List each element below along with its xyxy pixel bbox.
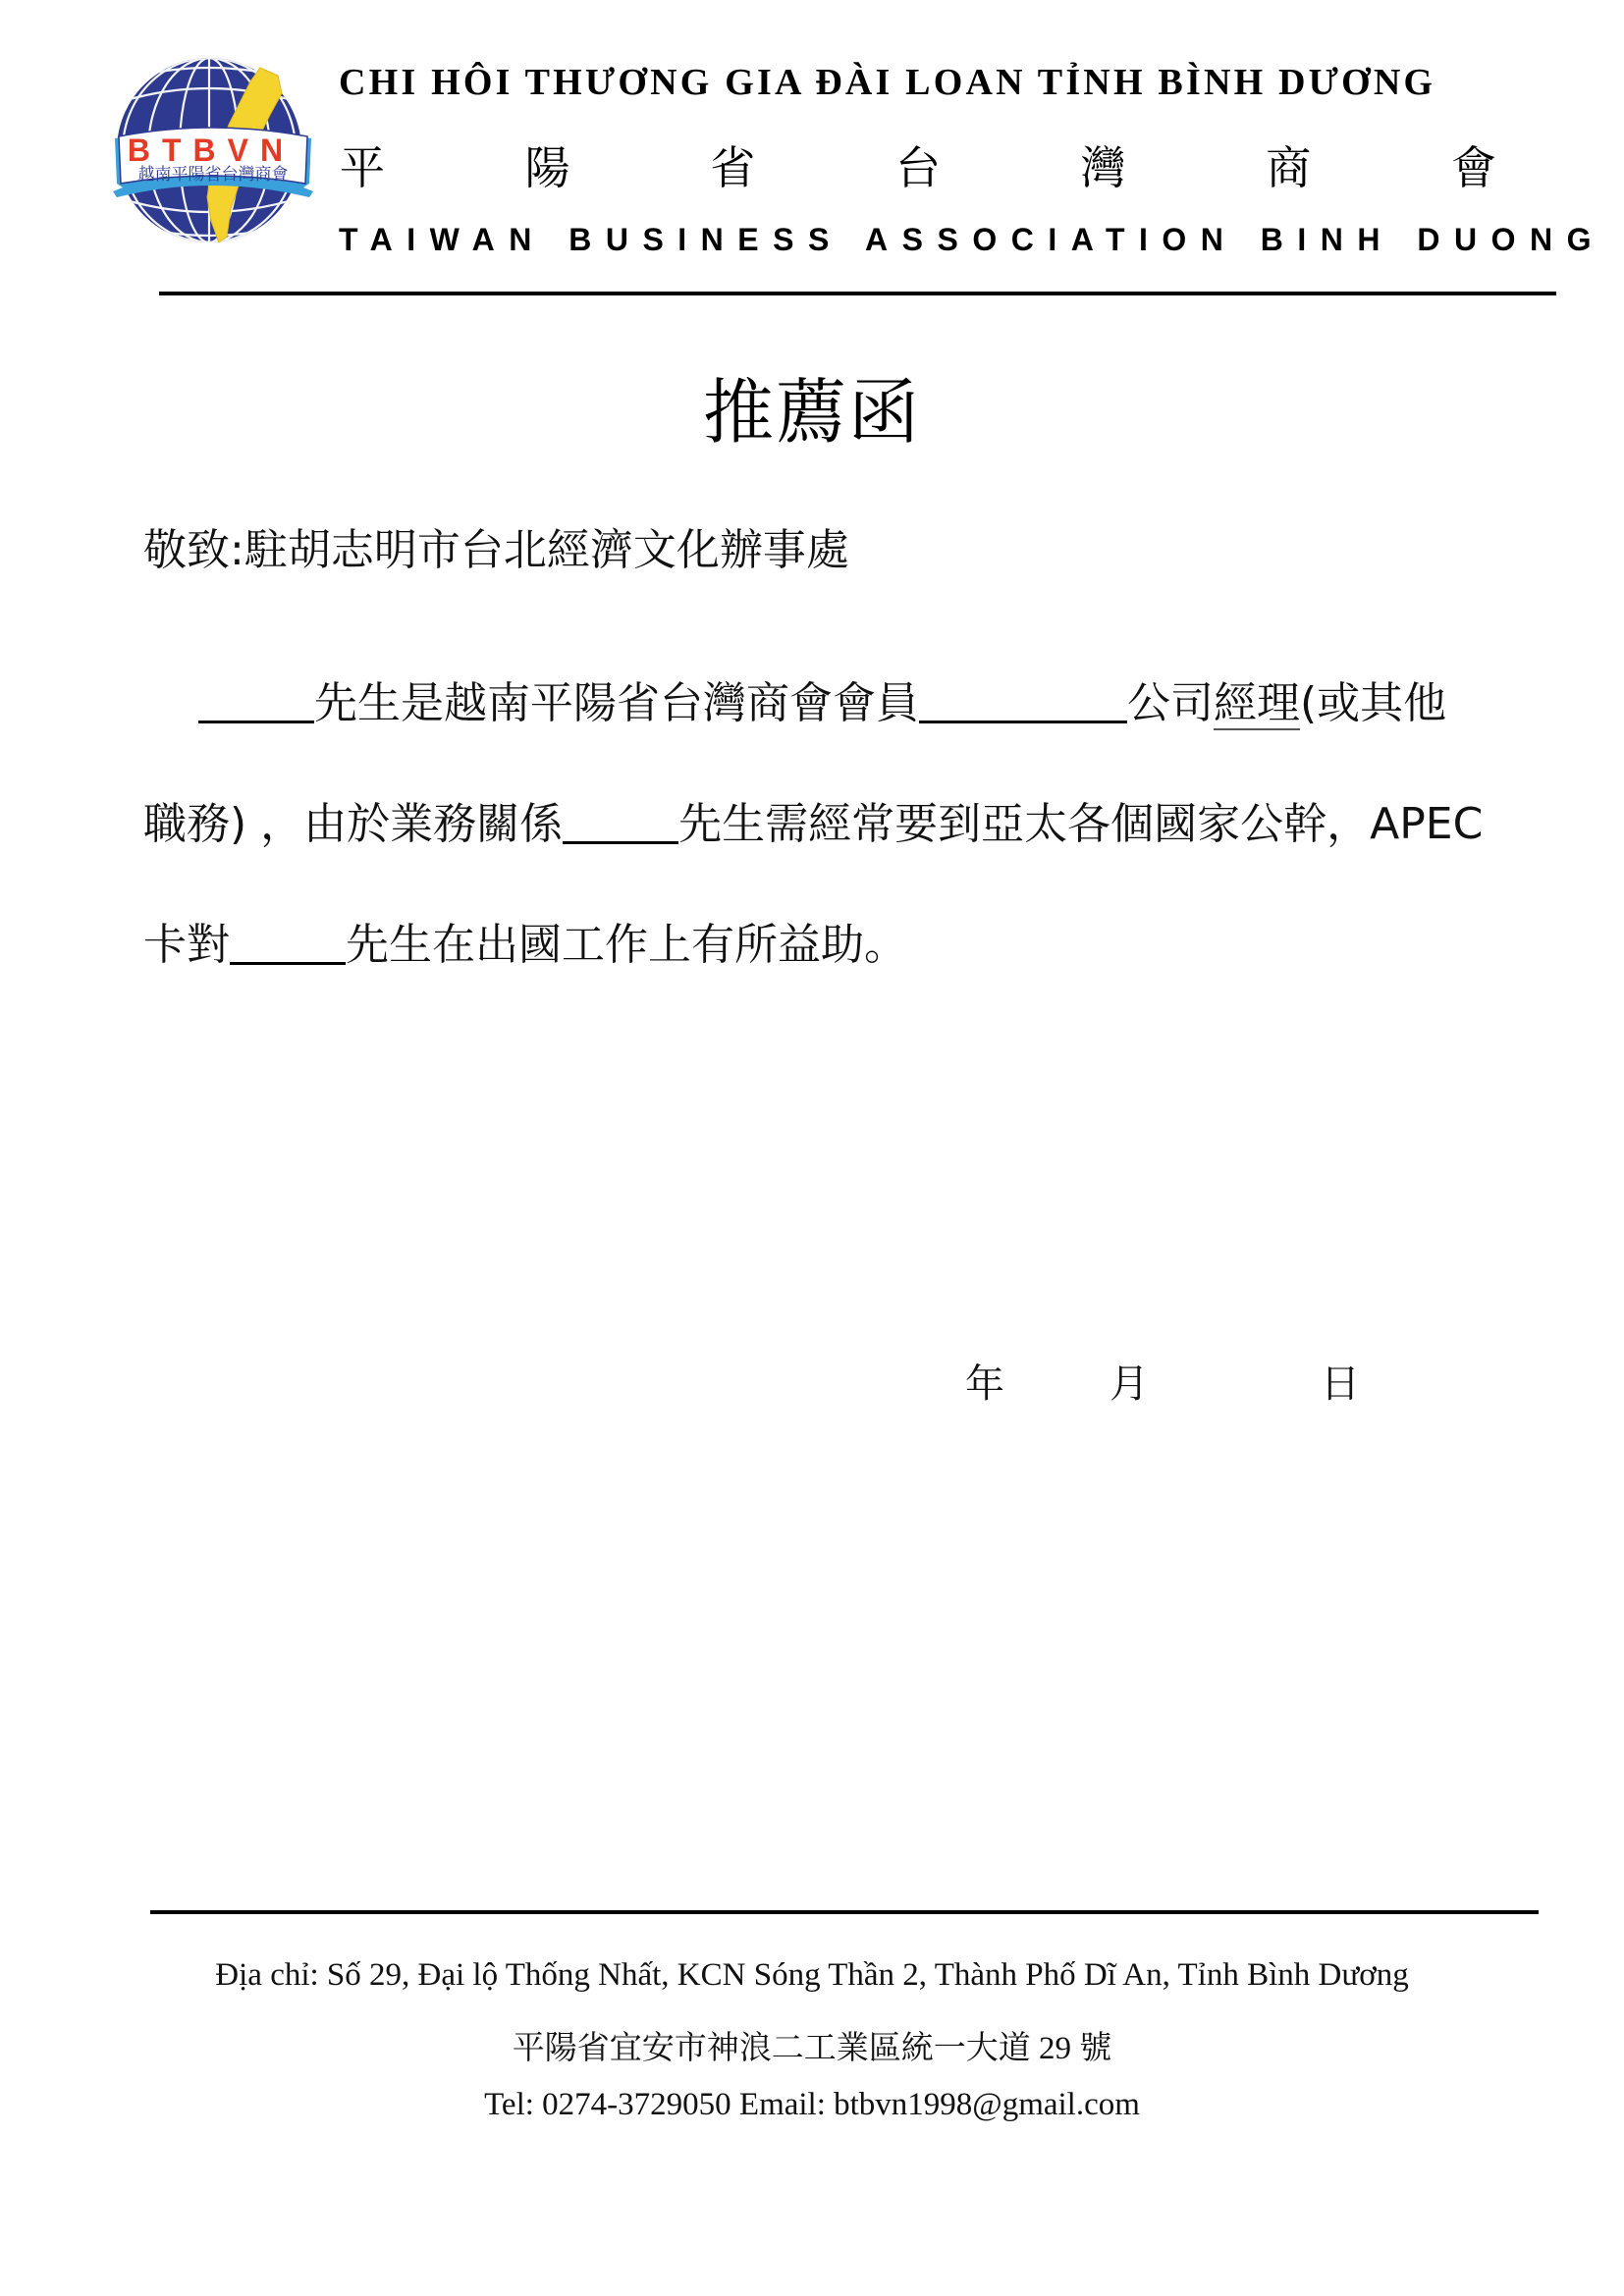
svg-text:越南平陽省台灣商會: 越南平陽省台灣商會 — [138, 165, 289, 185]
text-segment: 職務) ，由於業務關係 — [143, 799, 563, 849]
paragraph-line-1: 先生是越南平陽省台灣商會會員公司經理(或其他 — [143, 667, 1446, 730]
text-segment: (或其他 — [1300, 678, 1446, 728]
footer-divider — [150, 1910, 1539, 1914]
svg-text:BTBVN: BTBVN — [128, 133, 295, 168]
text-segment: 卡對 — [143, 920, 230, 970]
association-logo: BTBVN 越南平陽省台灣商會 — [113, 54, 314, 250]
chinese-char: 會 — [1450, 133, 1497, 197]
association-name-chinese: 平 陽 省 台 灣 商 會 — [339, 133, 1497, 197]
text-segment: 先生需經常要到亞太各個國家公幹，APEC — [678, 799, 1483, 849]
name-blank-field[interactable] — [230, 961, 346, 965]
position-underlined: 經理 — [1214, 678, 1300, 730]
footer-contact: Tel: 0274-3729050 Email: btbvn1998@gmail… — [0, 2087, 1624, 2123]
name-blank-field[interactable] — [198, 720, 314, 723]
text-segment: 先生在出國工作上有所益助。 — [346, 920, 907, 970]
date-year-label: 年 — [965, 1353, 1004, 1409]
paragraph-line-2: 職務) ，由於業務關係先生需經常要到亞太各個國家公幹，APEC — [143, 788, 1483, 851]
footer-address-vietnamese: Địa chỉ: Số 29, Đại lộ Thống Nhất, KCN S… — [0, 1957, 1624, 1994]
chinese-char: 灣 — [1080, 133, 1127, 197]
name-blank-field[interactable] — [563, 840, 678, 844]
paragraph-line-3: 卡對先生在出國工作上有所益助。 — [143, 909, 907, 972]
chinese-char: 台 — [894, 133, 942, 197]
association-name-english: TAIWAN BUSINESS ASSOCIATION BINH DUONG — [339, 222, 1497, 258]
date-day-label: 日 — [1321, 1353, 1360, 1409]
association-name-vietnamese: CHI HÔI THƯƠNG GIA ĐÀI LOAN TỈNH BÌNH DƯ… — [339, 61, 1497, 104]
date-month-label: 月 — [1110, 1353, 1149, 1409]
company-blank-field[interactable] — [919, 720, 1127, 723]
salutation: 敬致:駐胡志明市台北經濟文化辦事處 — [143, 514, 849, 577]
document-title: 推薦函 — [0, 355, 1624, 457]
header-divider — [159, 292, 1556, 295]
chinese-char: 省 — [709, 133, 756, 197]
text-segment: 公司 — [1127, 678, 1214, 728]
chinese-char: 商 — [1265, 133, 1312, 197]
chinese-char: 平 — [339, 133, 386, 197]
chinese-char: 陽 — [524, 133, 571, 197]
globe-taiwan-logo-icon: BTBVN 越南平陽省台灣商會 — [113, 54, 314, 250]
text-segment: 先生是越南平陽省台灣商會會員 — [314, 678, 919, 728]
footer-address-chinese: 平陽省宜安市神浪二工業區統一大道 29 號 — [0, 2022, 1624, 2068]
